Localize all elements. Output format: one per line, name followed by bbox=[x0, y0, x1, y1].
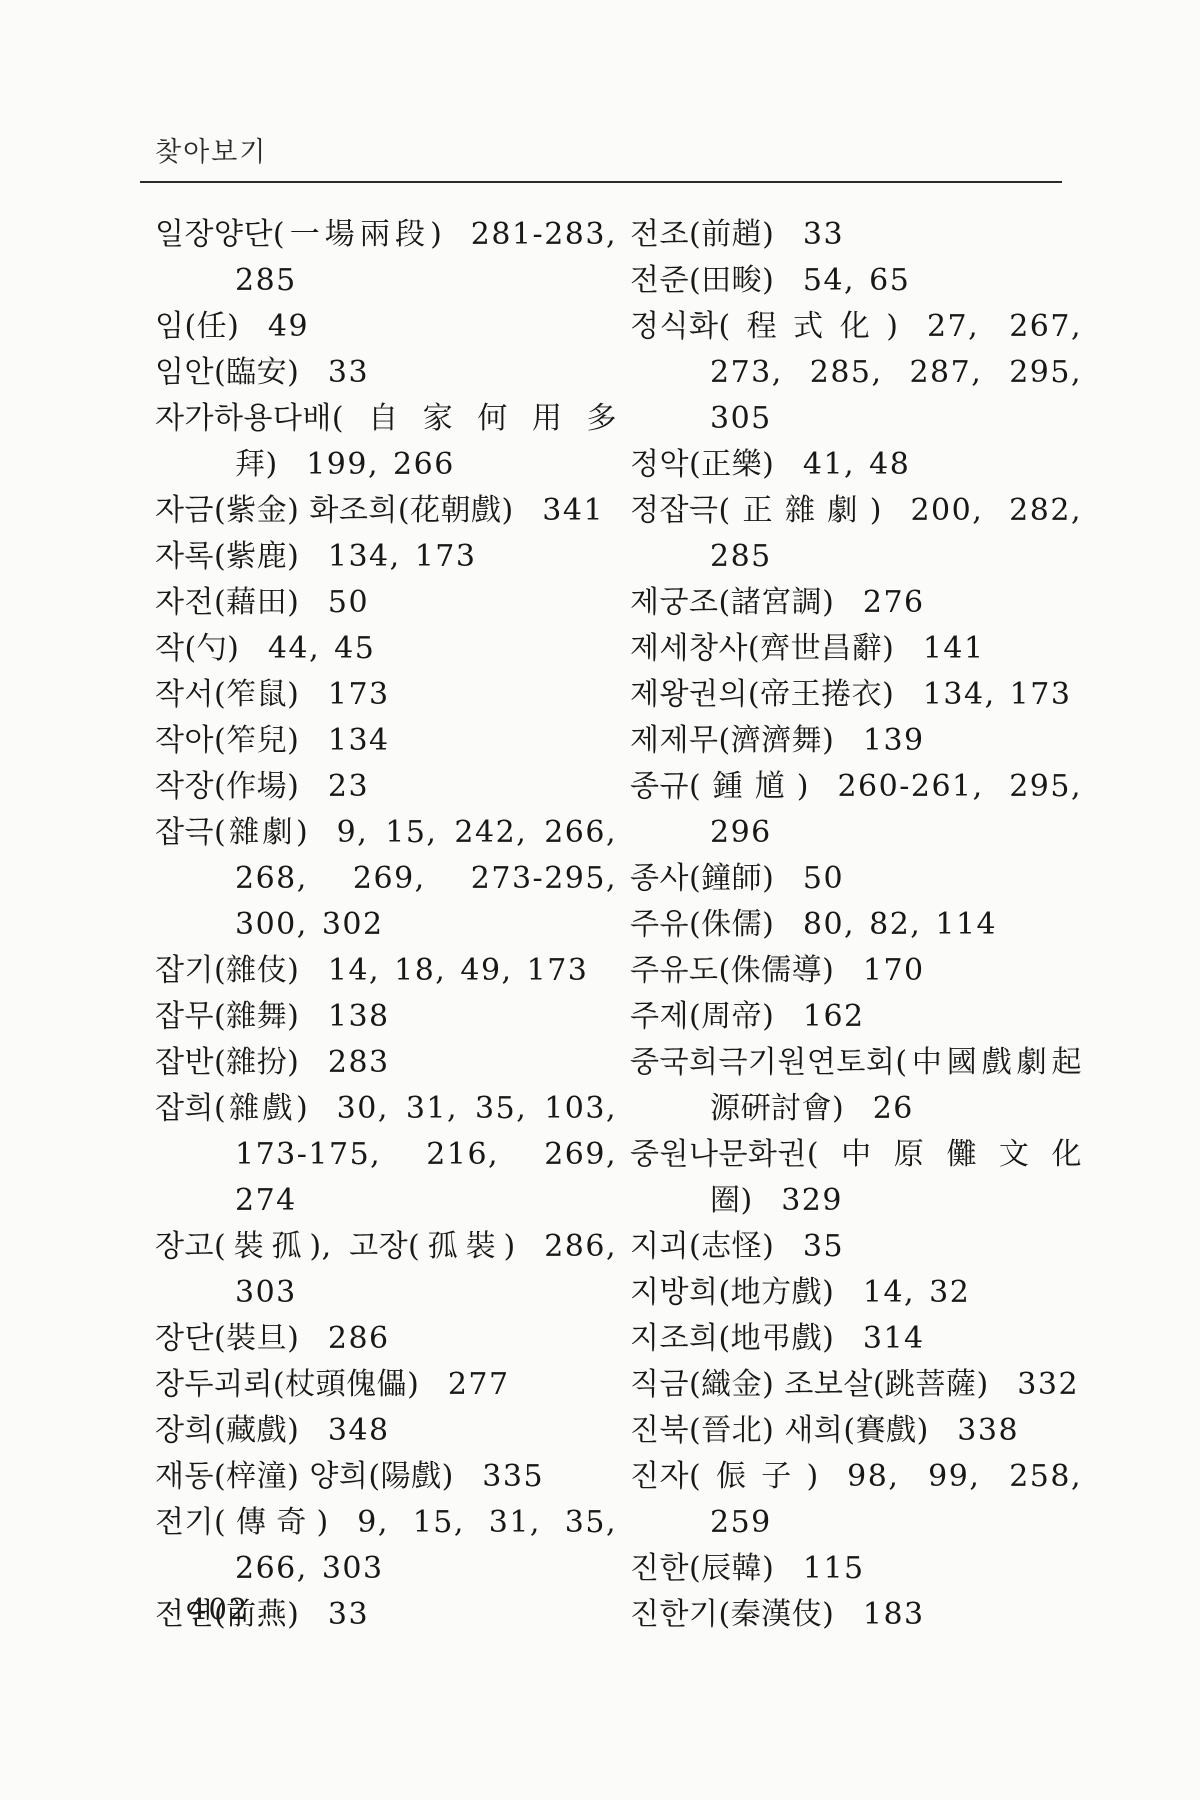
index-entry: 정악(正樂)41, 48 bbox=[630, 442, 1082, 488]
entry-pages: 338 bbox=[957, 1413, 1019, 1448]
entry-term: 작아(笮兒) bbox=[155, 723, 299, 758]
entry-pages: 134, 173 bbox=[923, 677, 1072, 712]
index-entry: 장단(裝旦)286 bbox=[155, 1316, 617, 1362]
entry-term: 작(勺) bbox=[155, 631, 239, 666]
index-entry: 주제(周帝)162 bbox=[630, 994, 1082, 1040]
index-entry: 자금(紫金) 화조희(花朝戲)341 bbox=[155, 488, 617, 534]
index-entry: 작장(作場)23 bbox=[155, 764, 617, 810]
entry-pages: 138 bbox=[328, 999, 390, 1034]
index-entry: 자전(藉田)50 bbox=[155, 580, 617, 626]
entry-term: 정악(正樂) bbox=[630, 447, 774, 482]
index-entry: 작서(笮鼠)173 bbox=[155, 672, 617, 718]
entry-pages: 170 bbox=[863, 953, 925, 988]
entry-term: 주제(周帝) bbox=[630, 999, 774, 1034]
entry-pages: 276 bbox=[863, 585, 925, 620]
index-entry: 자가하용다배(自家何用多拜)199, 266 bbox=[155, 396, 617, 488]
entry-term: 진북(晉北) 새희(賽戲) bbox=[630, 1413, 929, 1448]
entry-term: 지방희(地方戲) bbox=[630, 1275, 834, 1310]
index-entry: 진한기(秦漢伎)183 bbox=[630, 1592, 1082, 1638]
entry-pages: 162 bbox=[803, 999, 865, 1034]
entry-term: 잡극(雜劇) bbox=[155, 815, 308, 850]
entry-pages: 348 bbox=[328, 1413, 390, 1448]
index-entry: 주유(侏儒)80, 82, 114 bbox=[630, 902, 1082, 948]
index-entry: 제제무(濟濟舞)139 bbox=[630, 718, 1082, 764]
index-column-right: 전조(前趙)33전준(田畯)54, 65정식화(程式化)27, 267, 273… bbox=[630, 212, 1082, 1638]
index-entry: 제세창사(齊世昌辭)141 bbox=[630, 626, 1082, 672]
index-entry: 재동(梓潼) 양희(陽戲)335 bbox=[155, 1454, 617, 1500]
entry-term: 임안(臨安) bbox=[155, 355, 299, 390]
entry-pages: 26 bbox=[873, 1091, 914, 1126]
entry-term: 전준(田畯) bbox=[630, 263, 774, 298]
entry-pages: 33 bbox=[328, 1597, 369, 1632]
entry-pages: 23 bbox=[328, 769, 369, 804]
entry-term: 장단(裝旦) bbox=[155, 1321, 299, 1356]
index-entry: 작(勺)44, 45 bbox=[155, 626, 617, 672]
entry-term: 제제무(濟濟舞) bbox=[630, 723, 834, 758]
entry-pages: 314 bbox=[863, 1321, 925, 1356]
entry-term: 주유도(侏儒導) bbox=[630, 953, 834, 988]
entry-pages: 286 bbox=[328, 1321, 390, 1356]
entry-pages: 49 bbox=[268, 309, 309, 344]
entry-term: 직금(織金) 조보살(跳菩薩) bbox=[630, 1367, 989, 1402]
book-page: 찾아보기 일장양단(一場兩段)281-283, 285임(任)49임안(臨安)3… bbox=[0, 0, 1200, 1800]
entry-term: 전조(前趙) bbox=[630, 217, 774, 252]
entry-pages: 283 bbox=[328, 1045, 390, 1080]
index-entry: 정식화(程式化)27, 267, 273, 285, 287, 295, 305 bbox=[630, 304, 1082, 442]
entry-term: 제왕권의(帝王捲衣) bbox=[630, 677, 894, 712]
entry-term: 일장양단(一場兩段) bbox=[155, 217, 442, 252]
entry-pages: 41, 48 bbox=[803, 447, 910, 482]
entry-pages: 277 bbox=[448, 1367, 510, 1402]
entry-term: 전기(傳奇) bbox=[155, 1505, 329, 1540]
index-entry: 지조희(地弔戲)314 bbox=[630, 1316, 1082, 1362]
index-entry: 전조(前趙)33 bbox=[630, 212, 1082, 258]
header-rule bbox=[140, 181, 1062, 183]
entry-term: 진한(辰韓) bbox=[630, 1551, 774, 1586]
entry-term: 정식화(程式化) bbox=[630, 309, 898, 344]
entry-term: 진한기(秦漢伎) bbox=[630, 1597, 834, 1632]
entry-pages: 44, 45 bbox=[268, 631, 375, 666]
entry-term: 재동(梓潼) 양희(陽戲) bbox=[155, 1459, 454, 1494]
entry-pages: 134 bbox=[328, 723, 390, 758]
entry-term: 잡희(雜戲) bbox=[155, 1091, 308, 1126]
entry-term: 중국희극기원연토회(中國戲劇起源硏討會) bbox=[630, 1045, 1082, 1126]
entry-pages: 173 bbox=[328, 677, 390, 712]
running-head-title: 찾아보기 bbox=[155, 130, 267, 169]
index-entry: 일장양단(一場兩段)281-283, 285 bbox=[155, 212, 617, 304]
entry-term: 장희(藏戲) bbox=[155, 1413, 299, 1448]
entry-pages: 33 bbox=[803, 217, 844, 252]
entry-term: 잡반(雜扮) bbox=[155, 1045, 299, 1080]
entry-pages: 341 bbox=[542, 493, 604, 528]
entry-term: 종사(鐘師) bbox=[630, 861, 774, 896]
index-entry: 장두괴뢰(杖頭傀儡)277 bbox=[155, 1362, 617, 1408]
index-entry: 주유도(侏儒導)170 bbox=[630, 948, 1082, 994]
index-entry: 전기(傳奇)9, 15, 31, 35, 266, 303 bbox=[155, 1500, 617, 1592]
entry-term: 작서(笮鼠) bbox=[155, 677, 299, 712]
entry-term: 제궁조(諸宮調) bbox=[630, 585, 834, 620]
entry-pages: 80, 82, 114 bbox=[803, 907, 997, 942]
entry-pages: 50 bbox=[803, 861, 844, 896]
index-entry: 진한(辰韓)115 bbox=[630, 1546, 1082, 1592]
index-entry: 임안(臨安)33 bbox=[155, 350, 617, 396]
entry-term: 지조희(地弔戲) bbox=[630, 1321, 834, 1356]
entry-pages: 335 bbox=[482, 1459, 544, 1494]
index-entry: 잡희(雜戲)30, 31, 35, 103, 173-175, 216, 269… bbox=[155, 1086, 617, 1224]
entry-pages: 35 bbox=[803, 1229, 844, 1264]
entry-term: 작장(作場) bbox=[155, 769, 299, 804]
index-entry: 직금(織金) 조보살(跳菩薩)332 bbox=[630, 1362, 1082, 1408]
index-entry: 잡반(雜扮)283 bbox=[155, 1040, 617, 1086]
entry-term: 장고(裝孤), 고장(孤裝) bbox=[155, 1229, 516, 1264]
entry-term: 중원나문화권(中原儺文化圈) bbox=[630, 1137, 1082, 1218]
index-entry: 정잡극(正雜劇)200, 282, 285 bbox=[630, 488, 1082, 580]
entry-term: 장두괴뢰(杖頭傀儡) bbox=[155, 1367, 419, 1402]
index-entry: 장고(裝孤), 고장(孤裝)286, 303 bbox=[155, 1224, 617, 1316]
page-number: 402 bbox=[188, 1592, 249, 1626]
entry-pages: 54, 65 bbox=[803, 263, 910, 298]
entry-term: 잡기(雜伎) bbox=[155, 953, 299, 988]
entry-term: 자금(紫金) 화조희(花朝戲) bbox=[155, 493, 514, 528]
entry-term: 지괴(志怪) bbox=[630, 1229, 774, 1264]
entry-term: 잡무(雜舞) bbox=[155, 999, 299, 1034]
index-entry: 종규(鍾馗)260-261, 295, 296 bbox=[630, 764, 1082, 856]
entry-pages: 14, 32 bbox=[863, 1275, 970, 1310]
index-entry: 잡무(雜舞)138 bbox=[155, 994, 617, 1040]
entry-pages: 329 bbox=[781, 1183, 843, 1218]
index-entry: 잡극(雜劇)9, 15, 242, 266, 268, 269, 273-295… bbox=[155, 810, 617, 948]
entry-pages: 50 bbox=[328, 585, 369, 620]
index-entry: 임(任)49 bbox=[155, 304, 617, 350]
index-entry: 작아(笮兒)134 bbox=[155, 718, 617, 764]
entry-term: 진자(侲子) bbox=[630, 1459, 819, 1494]
index-entry: 지방희(地方戲)14, 32 bbox=[630, 1270, 1082, 1316]
entry-pages: 14, 18, 49, 173 bbox=[328, 953, 589, 988]
entry-term: 정잡극(正雜劇) bbox=[630, 493, 882, 528]
index-column-left: 일장양단(一場兩段)281-283, 285임(任)49임안(臨安)33자가하용… bbox=[155, 212, 617, 1638]
index-entry: 중국희극기원연토회(中國戲劇起源硏討會)26 bbox=[630, 1040, 1082, 1132]
index-entry: 진자(侲子)98, 99, 258, 259 bbox=[630, 1454, 1082, 1546]
index-entry: 진북(晉北) 새희(賽戲)338 bbox=[630, 1408, 1082, 1454]
index-entry: 자록(紫鹿)134, 173 bbox=[155, 534, 617, 580]
entry-pages: 332 bbox=[1017, 1367, 1079, 1402]
index-entry: 잡기(雜伎)14, 18, 49, 173 bbox=[155, 948, 617, 994]
entry-pages: 141 bbox=[923, 631, 985, 666]
index-entry: 종사(鐘師)50 bbox=[630, 856, 1082, 902]
entry-term: 종규(鍾馗) bbox=[630, 769, 809, 804]
entry-term: 자전(藉田) bbox=[155, 585, 299, 620]
entry-term: 자록(紫鹿) bbox=[155, 539, 299, 574]
index-entry: 제왕권의(帝王捲衣)134, 173 bbox=[630, 672, 1082, 718]
entry-pages: 139 bbox=[863, 723, 925, 758]
index-entry: 장희(藏戲)348 bbox=[155, 1408, 617, 1454]
index-entry: 지괴(志怪)35 bbox=[630, 1224, 1082, 1270]
index-entry: 중원나문화권(中原儺文化圈)329 bbox=[630, 1132, 1082, 1224]
entry-term: 제세창사(齊世昌辭) bbox=[630, 631, 894, 666]
entry-pages: 33 bbox=[328, 355, 369, 390]
entry-pages: 199, 266 bbox=[306, 447, 455, 482]
entry-pages: 183 bbox=[863, 1597, 925, 1632]
entry-term: 주유(侏儒) bbox=[630, 907, 774, 942]
index-entry: 제궁조(諸宮調)276 bbox=[630, 580, 1082, 626]
entry-term: 임(任) bbox=[155, 309, 239, 344]
entry-pages: 134, 173 bbox=[328, 539, 477, 574]
entry-pages: 115 bbox=[803, 1551, 865, 1586]
index-entry: 전준(田畯)54, 65 bbox=[630, 258, 1082, 304]
